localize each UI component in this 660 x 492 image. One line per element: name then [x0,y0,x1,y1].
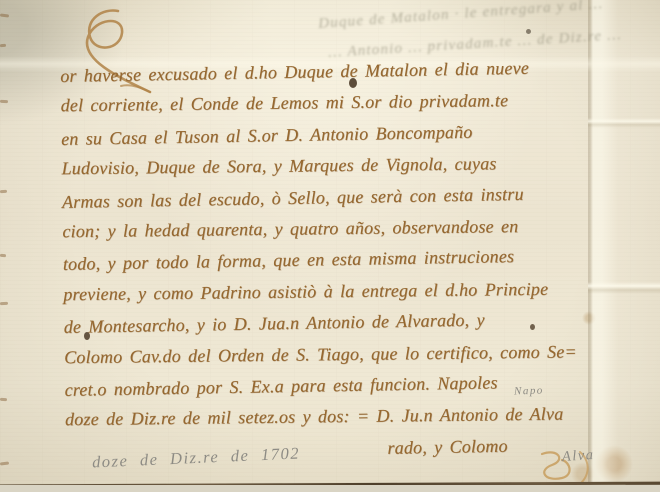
ink-blot [530,324,535,330]
underlying-sheet [0,485,660,492]
manuscript-body: or haverse excusado el d.ho Duque de Mat… [60,52,611,468]
margin-ink-mark [0,100,8,104]
ink-blot [349,78,357,88]
ink-blot [84,332,90,340]
margin-ink-mark [0,302,8,306]
margin-ink-mark [0,398,7,402]
margin-ink-mark [0,254,6,258]
pencil-annotation-napo: Napo [514,384,544,397]
margin-ink-mark [0,190,7,194]
manuscript-scan: Duque de Matalon · le entregara y al … …… [0,0,660,492]
pencil-annotation-alva: Alva [561,447,595,466]
ink-blot [526,29,531,34]
